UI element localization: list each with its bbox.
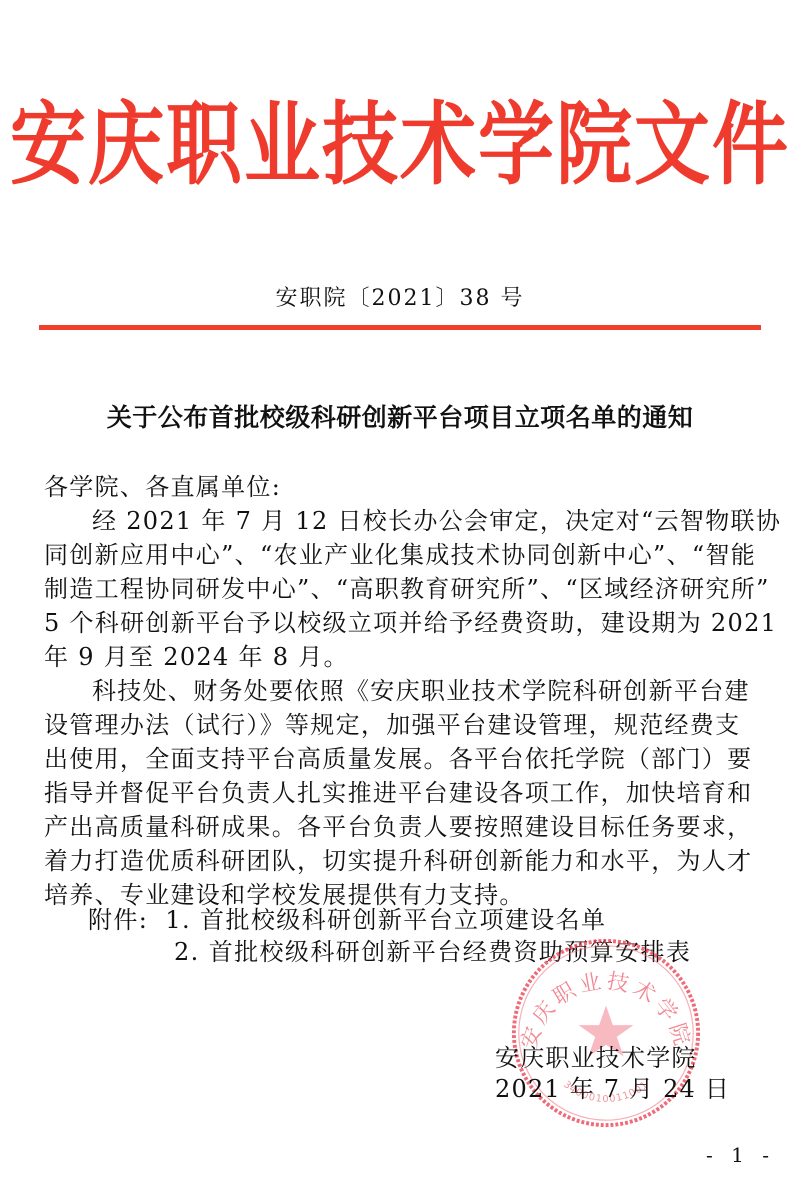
paragraph1-line: 年 9 月至 2024 年 8 月。	[44, 640, 349, 674]
document-number: 安职院〔2021〕38 号	[0, 281, 800, 312]
notice-title: 关于公布首批校级科研创新平台项目立项名单的通知	[0, 398, 800, 434]
page-number: - 1 -	[706, 1143, 775, 1167]
masthead-title: 安庆职业技术学院文件	[0, 68, 800, 221]
paragraph2-line: 设管理办法（试行）》等规定，加强平台建设管理，规范经费支	[44, 708, 740, 742]
attachment-item: 1. 首批校级科研创新平台立项建设名单	[165, 906, 606, 934]
red-divider-rule	[39, 325, 761, 330]
paragraph2-line: 科技处、财务处要依照《安庆职业技术学院科研创新平台建	[92, 674, 750, 708]
paragraph1-line: 5 个科研创新平台予以校级立项并给予经费资助，建设期为 2021	[44, 606, 777, 640]
paragraph2-line: 产出高质量科研成果。各平台负责人要按照建设目标任务要求，	[44, 810, 752, 844]
paragraph2-line: 出使用，全面支持平台高质量发展。各平台依托学院（部门）要	[44, 742, 752, 776]
paragraph1-line: 制造工程协同研发中心”、“高职教育研究所”、“区域经济研究所”	[44, 572, 770, 606]
paragraph1-line: 经 2021 年 7 月 12 日校长办公会审定，决定对“云智物联协	[92, 504, 781, 538]
paragraph2-line: 指导并督促平台负责人扎实推进平台建设各项工作，加快培育和	[44, 776, 752, 810]
attachments-label: 附件:	[88, 906, 148, 934]
attachments-block: 附件: 1. 首批校级科研创新平台立项建设名单	[88, 900, 606, 935]
signature-date: 2021 年 7 月 24 日	[495, 1069, 730, 1104]
paragraph1-line: 同创新应用中心”、“农业产业化集成技术协同创新中心”、“智能	[44, 538, 756, 572]
paragraph2-line: 着力打造优质科研团队，切实提升科研创新能力和水平，为人才	[44, 844, 752, 878]
salutation: 各学院、各直属单位:	[44, 470, 281, 504]
signature-org: 安庆职业技术学院	[495, 1038, 697, 1073]
